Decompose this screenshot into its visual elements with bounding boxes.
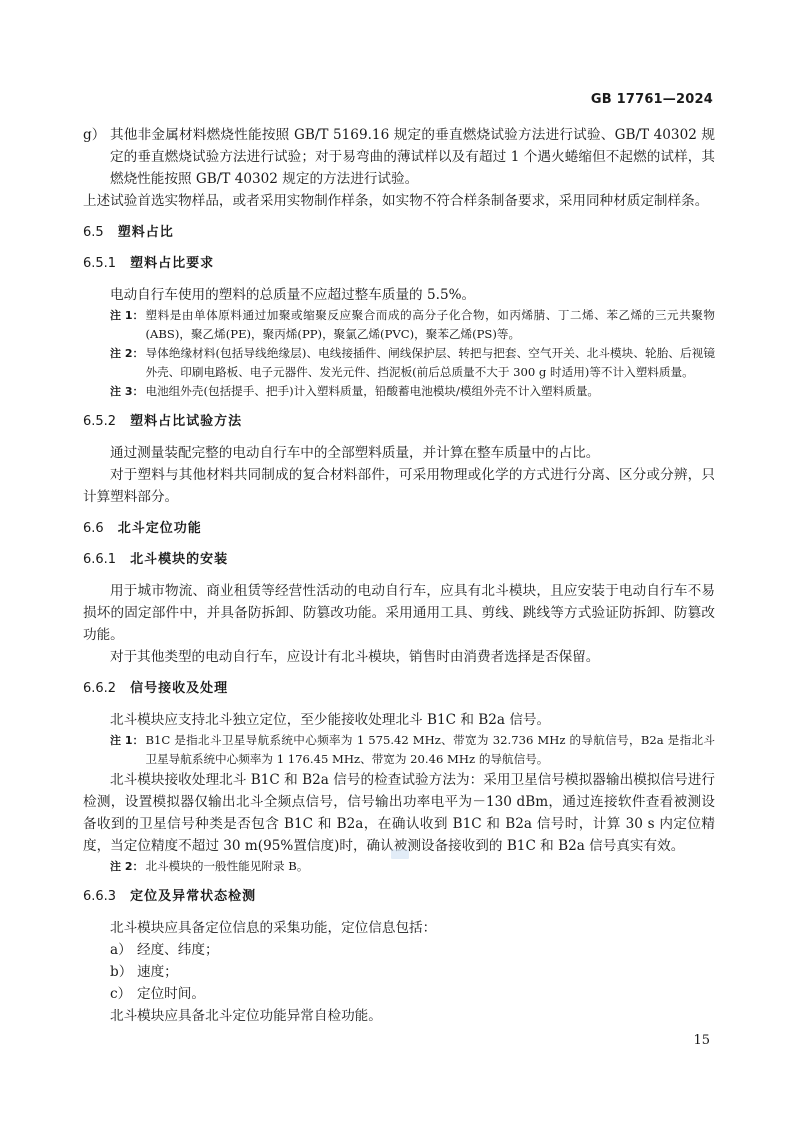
section-number: 6.6.2 bbox=[83, 679, 116, 699]
paragraph: 对于其他类型的电动自行车，应设计有北斗模块，销售时由消费者选择是否保留。 bbox=[83, 646, 715, 668]
page-number: 15 bbox=[693, 1033, 710, 1048]
note: 注 3： 电池组外壳(包括提手、把手)计入塑料质量，铅酸蓄电池模块/模组外壳不计… bbox=[83, 382, 715, 401]
sample-paragraph: 上述试验首选实物样品，或者采用实物制作样条，如实物不符合样条制备要求，采用同种材… bbox=[83, 190, 715, 212]
paragraph: 通过测量装配完整的电动自行车中的全部塑料质量，并计算在整车质量中的占比。 bbox=[83, 442, 715, 464]
paragraph: 电动自行车使用的塑料的总质量不应超过整车质量的 5.5%。 bbox=[83, 284, 715, 306]
list-item-b: b） 速度； bbox=[83, 961, 715, 983]
paragraph: 北斗模块接收处理北斗 B1C 和 B2a 信号的检查试验方法为：采用卫星信号模拟… bbox=[83, 769, 715, 857]
section-title: 塑料占比 bbox=[118, 225, 174, 240]
list-marker: b） bbox=[110, 961, 137, 983]
note-text: 电池组外壳(包括提手、把手)计入塑料质量，铅酸蓄电池模块/模组外壳不计入塑料质量… bbox=[145, 382, 715, 401]
page-content: g） 其他非金属材料燃烧性能按照 GB/T 5169.16 规定的垂直燃烧试验方… bbox=[83, 124, 715, 1027]
list-item-a: a） 经度、纬度； bbox=[83, 939, 715, 961]
section-title: 北斗模块的安装 bbox=[130, 552, 228, 567]
section-number: 6.6 bbox=[83, 519, 104, 539]
note-label: 注 1： bbox=[110, 306, 143, 344]
section-number: 6.6.1 bbox=[83, 550, 116, 570]
section-title: 信号接收及处理 bbox=[130, 681, 228, 696]
section-title: 塑料占比试验方法 bbox=[130, 414, 242, 429]
note-text: 北斗模块的一般性能见附录 B。 bbox=[145, 857, 715, 876]
section-heading-6-6-3: 6.6.3定位及异常状态检测 bbox=[83, 887, 715, 907]
standard-code: GB 17761—2024 bbox=[591, 92, 713, 107]
section-number: 6.5.1 bbox=[83, 254, 116, 274]
list-item-g: g） 其他非金属材料燃烧性能按照 GB/T 5169.16 规定的垂直燃烧试验方… bbox=[83, 124, 715, 190]
note-text: 塑料是由单体原料通过加聚或缩聚反应聚合而成的高分子化合物，如丙烯腈、丁二烯、苯乙… bbox=[145, 306, 715, 344]
note: 注 1： 塑料是由单体原料通过加聚或缩聚反应聚合而成的高分子化合物，如丙烯腈、丁… bbox=[83, 306, 715, 344]
note: 注 1： B1C 是指北斗卫星导航系统中心频率为 1 575.42 MHz、带宽… bbox=[83, 731, 715, 769]
section-title: 北斗定位功能 bbox=[118, 521, 202, 536]
section-number: 6.6.3 bbox=[83, 887, 116, 907]
list-item-text: 定位时间。 bbox=[137, 983, 715, 1005]
note-label: 注 1： bbox=[110, 731, 143, 769]
list-item-text: 其他非金属材料燃烧性能按照 GB/T 5169.16 规定的垂直燃烧试验方法进行… bbox=[110, 124, 715, 190]
watermark-mark bbox=[391, 849, 409, 859]
list-item-c: c） 定位时间。 bbox=[83, 983, 715, 1005]
note-label: 注 2： bbox=[110, 857, 143, 876]
paragraph: 北斗模块应具备定位信息的采集功能，定位信息包括： bbox=[83, 917, 715, 939]
section-heading-6-6-1: 6.6.1北斗模块的安装 bbox=[83, 550, 715, 570]
list-marker: c） bbox=[110, 983, 137, 1005]
list-item-text: 速度； bbox=[137, 961, 715, 983]
note-label: 注 2： bbox=[110, 344, 143, 382]
section-heading-6-5-2: 6.5.2塑料占比试验方法 bbox=[83, 412, 715, 432]
section-title: 定位及异常状态检测 bbox=[130, 889, 256, 904]
list-marker: g） bbox=[83, 124, 110, 190]
section-heading-6-5: 6.5塑料占比 bbox=[83, 223, 715, 243]
note-text: B1C 是指北斗卫星导航系统中心频率为 1 575.42 MHz、带宽为 32.… bbox=[145, 731, 715, 769]
section-title: 塑料占比要求 bbox=[130, 256, 214, 271]
paragraph: 北斗模块应具备北斗定位功能异常自检功能。 bbox=[83, 1005, 715, 1027]
list-marker: a） bbox=[110, 939, 137, 961]
note-text: 导体绝缘材料(包括导线绝缘层)、电线接插件、闸线保护层、转把与把套、空气开关、北… bbox=[145, 344, 715, 382]
section-heading-6-6-2: 6.6.2信号接收及处理 bbox=[83, 679, 715, 699]
list-item-text: 经度、纬度； bbox=[137, 939, 715, 961]
paragraph: 北斗模块应支持北斗独立定位，至少能接收处理北斗 B1C 和 B2a 信号。 bbox=[83, 709, 715, 731]
note-label: 注 3： bbox=[110, 382, 143, 401]
section-number: 6.5 bbox=[83, 223, 104, 243]
note: 注 2： 导体绝缘材料(包括导线绝缘层)、电线接插件、闸线保护层、转把与把套、空… bbox=[83, 344, 715, 382]
section-heading-6-6: 6.6北斗定位功能 bbox=[83, 519, 715, 539]
section-number: 6.5.2 bbox=[83, 412, 116, 432]
note: 注 2： 北斗模块的一般性能见附录 B。 bbox=[83, 857, 715, 876]
paragraph: 用于城市物流、商业租赁等经营性活动的电动自行车，应具有北斗模块，且应安装于电动自… bbox=[83, 580, 715, 646]
paragraph: 对于塑料与其他材料共同制成的复合材料部件，可采用物理或化学的方式进行分离、区分或… bbox=[83, 464, 715, 508]
section-heading-6-5-1: 6.5.1塑料占比要求 bbox=[83, 254, 715, 274]
document-page: GB 17761—2024 g） 其他非金属材料燃烧性能按照 GB/T 5169… bbox=[0, 0, 793, 1122]
